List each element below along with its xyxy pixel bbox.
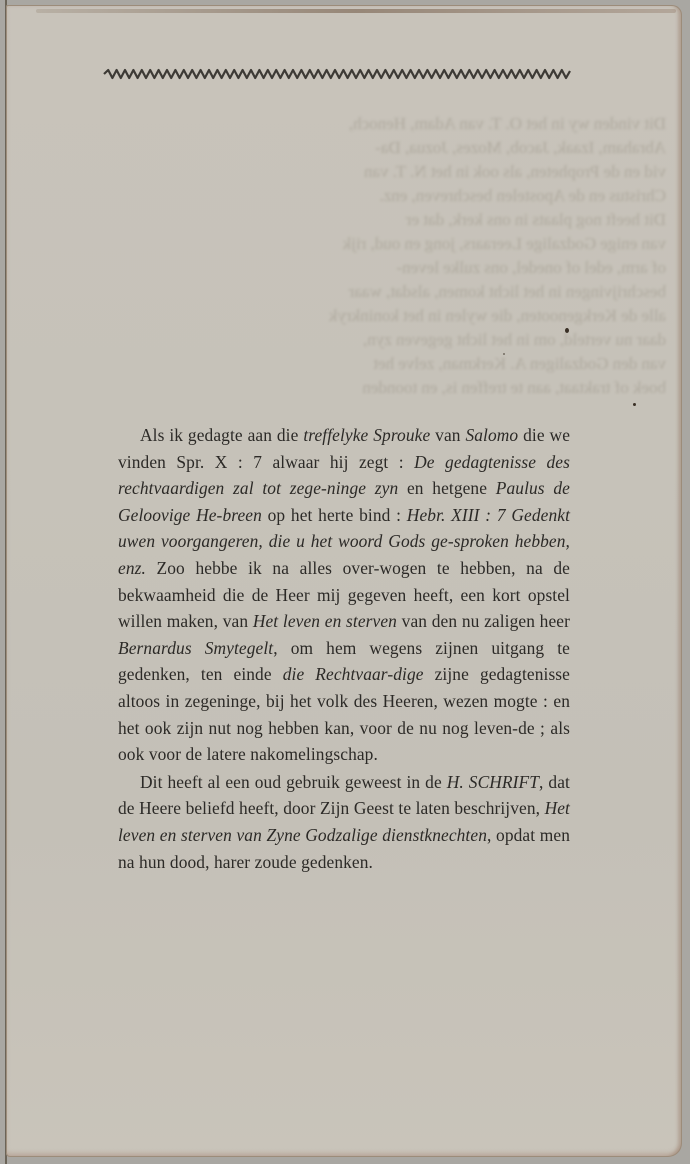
text-segment: Dit heeft al een oud gebruik geweest in … (140, 772, 447, 792)
page-body-text: Als ik gedagte aan die treffelyke Sprouk… (118, 422, 570, 875)
bleed-through-text: Dit vinden wy in het O. T. van Adam, Hen… (118, 112, 666, 400)
text-segment: van den nu zaligen heer (397, 611, 570, 631)
text-segment: Als ik gedagte aan die (140, 425, 303, 445)
paper-speck (633, 403, 636, 406)
italic-text-segment: Salomo (465, 425, 518, 445)
text-segment: van (430, 425, 465, 445)
paragraph-1: Als ik gedagte aan die treffelyke Sprouk… (118, 422, 570, 768)
italic-text-segment: H. SCHRIFT (447, 772, 539, 792)
paragraph-2: Dit heeft al een oud gebruik geweest in … (118, 769, 570, 875)
paper-speck (503, 353, 505, 355)
paper-speck (565, 328, 569, 333)
italic-text-segment: treffelyke Sprouke (303, 425, 430, 445)
italic-text-segment: die Rechtvaar-dige (283, 664, 424, 684)
italic-text-segment: Het leven en sterven (253, 611, 397, 631)
page-top-edge (36, 9, 676, 13)
wavy-rule-ornament (102, 66, 574, 82)
italic-text-segment: Bernardus Smytegelt (118, 638, 273, 658)
text-segment: en hetgene (398, 478, 496, 498)
text-segment: op het herte bind : (262, 505, 407, 525)
